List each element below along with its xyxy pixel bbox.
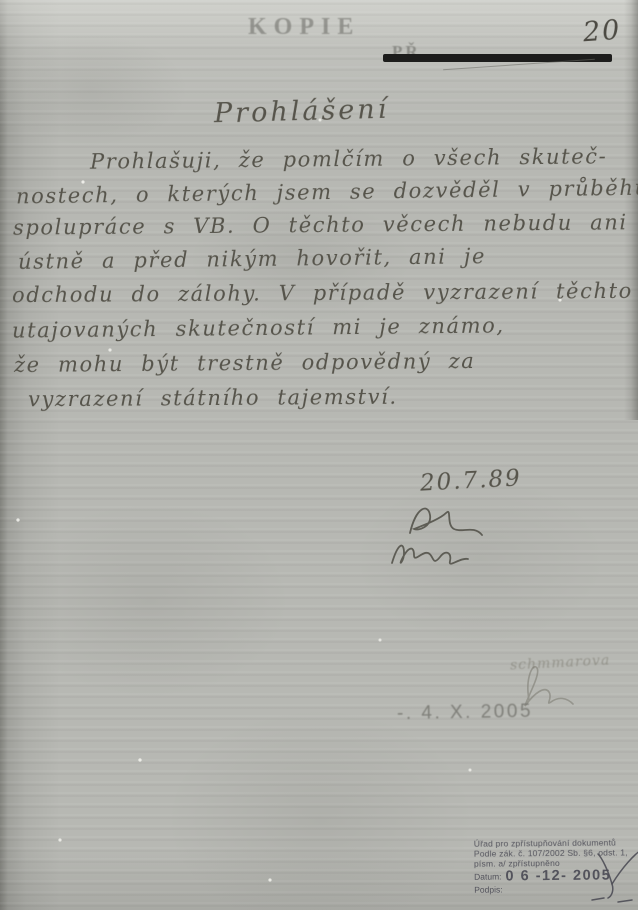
body-line: ústně a před nikým hovořit, ani je bbox=[18, 244, 486, 274]
received-date-stamp: -. 4. X. 2005 bbox=[397, 701, 533, 725]
body-line: odchodu do zálohy. V případě vyzrazení t… bbox=[12, 279, 633, 307]
signature-scrawl bbox=[388, 495, 518, 575]
scanned-document-page: KOPIE 20 PŘ Prohlášení Prohlašuji, že po… bbox=[0, 0, 638, 910]
letter-title: Prohlášení bbox=[214, 94, 390, 130]
body-line: vyzrazení státního tajemství. bbox=[28, 385, 398, 412]
page-number: 20 bbox=[582, 15, 622, 49]
kopie-stamp: KOPIE bbox=[248, 14, 360, 41]
body-line: spolupráce s VB. O těchto věcech nebudu … bbox=[13, 210, 628, 239]
body-line: nostech, o kterých jsem se dozvěděl v pr… bbox=[16, 176, 638, 209]
body-line: že mohu být trestně odpovědný za bbox=[14, 349, 476, 377]
body-line: utajovaných skutečností mi je známo, bbox=[12, 313, 505, 342]
stamp-signature-scrawl bbox=[588, 840, 638, 910]
body-line: Prohlašuji, že pomlčím o všech skuteč- bbox=[90, 144, 608, 173]
handwritten-date: 20.7.89 bbox=[419, 465, 522, 496]
stamp-date-label: Datum: bbox=[474, 871, 502, 882]
